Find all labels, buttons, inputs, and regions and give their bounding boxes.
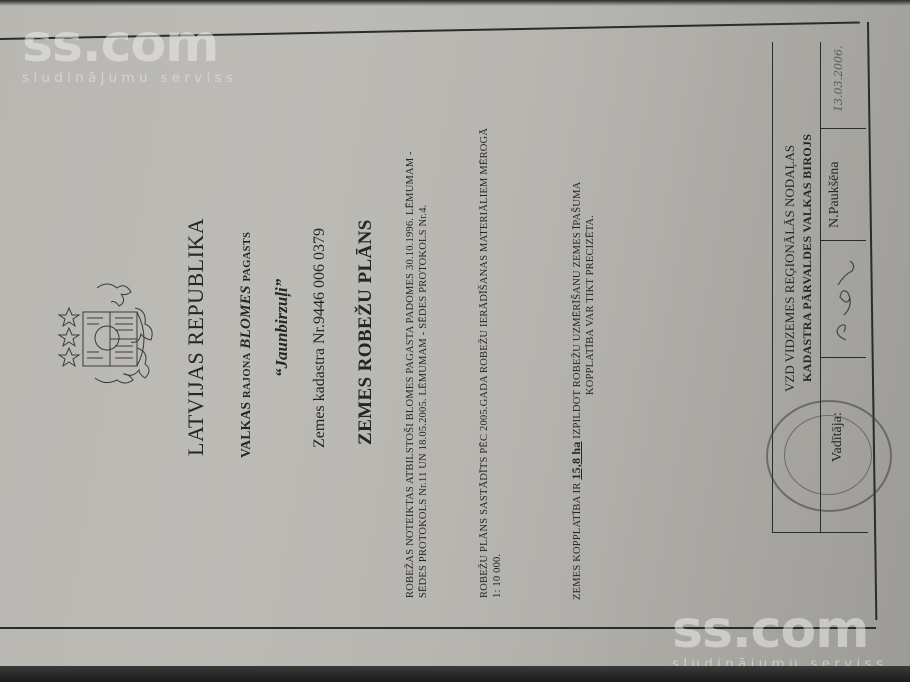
cadastre-number: Zemes kadastra Nr.9446 006 0379 — [311, 228, 329, 448]
signatory-name: N.Paukšēna — [827, 162, 843, 229]
property-name: “Jaunbirzuļi” — [272, 279, 292, 377]
paragraph-boundaries: ROBEŽAS NOTEIKTAS ATBILSTOŠI BLOMES PAGA… — [404, 151, 430, 598]
watermark-tagline: sludinājumu serviss — [22, 70, 237, 86]
frame-right-line — [867, 22, 877, 620]
stamp-cell-line-1 — [820, 128, 866, 129]
district-line: VALKAS RAJONA BLOMES PAGASTS — [238, 232, 255, 458]
stamp-box-bottom-line — [772, 532, 868, 533]
signature-icon — [826, 255, 862, 345]
paragraph-area: ZEMES KOPPLATĪBA IR 15,8 ha IZPILDOT ROB… — [570, 182, 597, 600]
document-page: LATVIJAS REPUBLIKA VALKAS RAJONA BLOMES … — [0, 0, 910, 668]
district-name: VALKAS — [238, 402, 253, 458]
district-label: RAJONA — [242, 352, 253, 398]
paragraph-line: ROBEŽU PLĀNS SASTĀDĪTS PĒC 2005.GADA ROB… — [478, 128, 491, 598]
stamp-cell-line-2 — [820, 240, 866, 241]
watermark-bottom-right: ss.com sludinājumu serviss — [672, 604, 887, 672]
paragraph-line: KOPPLATĪBA VAR TIKT PRECIZĒTA. — [584, 182, 597, 600]
area-label: ZEMES KOPPLATĪBA IR — [572, 480, 583, 600]
watermark-logo: ss.com — [22, 18, 237, 70]
area-value: 15,8 ha — [569, 442, 583, 480]
office-name-line1: VZD VIDZEMES REĢIONĀLĀS NODAĻAS — [782, 145, 798, 392]
coat-of-arms-icon — [55, 278, 160, 393]
watermark-top-left: ss.com sludinājumu serviss — [22, 18, 237, 86]
parish-label: PAGASTS — [242, 232, 253, 282]
country-title: LATVIJAS REPUBLIKA — [183, 218, 209, 456]
paragraph-line: ROBEŽAS NOTEIKTAS ATBILSTOŠI BLOMES PAGA… — [404, 151, 417, 598]
stamp-cell-line-3 — [820, 357, 866, 358]
paragraph-line: SĒDES PROTOKOLS Nr.11 UN 18.05.2005. LĒM… — [417, 151, 430, 598]
plan-title: ZEMES ROBEŽU PLĀNS — [355, 219, 377, 445]
page-edge-shadow — [0, 0, 910, 6]
background-surface — [0, 666, 910, 682]
signature-date: 13.03.2006. — [832, 46, 845, 112]
paragraph-plan-source: ROBEŽU PLĀNS SASTĀDĪTS PĒC 2005.GADA ROB… — [478, 128, 504, 598]
official-seal-inner — [784, 415, 872, 495]
area-note: IZPILDOT ROBEŽU UZMĒRĪŠANU ZEMES ĪPAŠUMA — [572, 182, 583, 442]
watermark-logo: ss.com — [672, 604, 887, 656]
paragraph-line: ZEMES KOPPLATĪBA IR 15,8 ha IZPILDOT ROB… — [570, 182, 584, 600]
parish-name: BLOMES — [238, 285, 254, 349]
office-name-line2: KADASTRA PĀRVALDES VALKAS BIROJS — [799, 134, 815, 382]
paragraph-line: 1: 10 000. — [491, 128, 504, 598]
